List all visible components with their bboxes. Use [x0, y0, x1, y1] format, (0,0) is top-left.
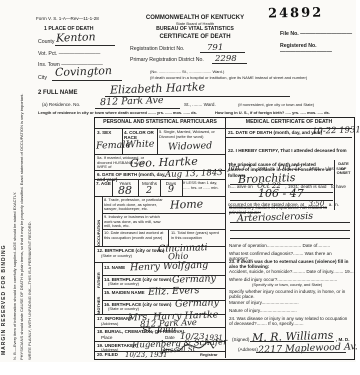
mother-maiden-name-label: 15. MAIDEN NAME	[104, 290, 145, 295]
date-of-death-label: 21. DATE OF DEATH (month, day, and year)	[228, 130, 322, 135]
father-birthplace-value: Germany	[172, 273, 216, 286]
operation-line: Name of operation.......................…	[229, 243, 330, 248]
file-no-label: File No. ——————————	[280, 32, 352, 38]
occupation-relation-line: 24. Was disease or injury in any way rel…	[229, 316, 349, 327]
manner-line: Manner of injury........................…	[229, 300, 299, 305]
nature-line: Nature of injury........................…	[229, 308, 297, 313]
city-value: Covington	[55, 64, 112, 79]
cell-divider	[112, 179, 113, 196]
specify-line: Specify whether injury occurred in indus…	[229, 289, 349, 300]
margin-instructions-2: PHYSICIANS should state CAUSE OF DEATH i…	[19, 55, 24, 360]
column-divider	[225, 117, 226, 358]
cause-code-value: 106 - 47	[258, 187, 304, 200]
full-name-label: 2 FULL NAME	[38, 90, 78, 97]
residence-suffix: St., ........ Ward.	[184, 102, 216, 107]
institution-note: (If death occurred in a hospital or inst…	[150, 76, 355, 81]
form-reference: Form V. S. 1-A—Rev—11-1-28	[36, 16, 99, 21]
vot-pct-label: Vot. Pct. ————————	[38, 52, 100, 58]
rule	[230, 200, 333, 201]
signed-label: (Signed)	[232, 337, 249, 342]
age-months-value: 2	[146, 185, 152, 196]
cell-divider	[102, 196, 103, 246]
accident-line: Accident, suicide, or homicide?.........…	[229, 269, 355, 274]
county-value: Kenton	[56, 30, 96, 44]
color-value: White	[126, 139, 155, 151]
cell-divider	[138, 179, 139, 196]
rule	[256, 352, 346, 353]
age-label: 7. AGE	[96, 181, 112, 186]
bureau-subtitle: BUREAU OF VITAL STATISTICS	[115, 27, 275, 33]
trade-label: 8. Trade, profession, or particular kind…	[104, 198, 166, 212]
medical-section-title: MEDICAL CERTIFICATE OF DEATH	[227, 120, 351, 126]
length-residence-line: Length of residence in city or town wher…	[38, 111, 197, 116]
filed-label: 20. FILED	[97, 352, 118, 357]
rule	[230, 184, 333, 185]
registration-district-label: Registration District No.	[130, 47, 184, 53]
father-name-label: 13. NAME	[104, 265, 125, 270]
total-time-label: 11. Total time (years) spent in this occ…	[171, 231, 223, 240]
rule	[230, 230, 350, 231]
nonresident-note: (If nonresident, give city or town and S…	[238, 103, 314, 108]
last-worked-label: 10. Date deceased last worked at this oc…	[104, 231, 164, 240]
spouse-value: Geo. Hartke	[130, 155, 198, 170]
city-rule	[52, 80, 122, 81]
residence-rule	[95, 108, 180, 109]
age-days-value: 9	[168, 184, 174, 195]
rule	[230, 192, 333, 193]
residence-value: 812 Park Ave	[100, 95, 164, 108]
certify-text-1: 22. I HEREBY CERTIFY, That I attended de…	[228, 148, 347, 153]
certificate-title: CERTIFICATE OF DEATH	[115, 34, 275, 41]
burial-place-value: St. John	[142, 324, 176, 335]
rule	[226, 137, 352, 138]
registration-district-rule	[200, 52, 245, 53]
external-causes-label: 23. If death was due to external causes …	[229, 259, 349, 270]
city-label: City	[38, 76, 47, 82]
cell-divider	[182, 179, 183, 196]
birthplace-sub: (State or country)	[101, 254, 132, 259]
margin-instructions-3: WRITE PLAINLY, WITH UNFADING INK—THIS IS…	[27, 120, 32, 360]
age-less-note: If LESS than 1 day, ...... hrs. or .....…	[183, 181, 223, 190]
cell-divider	[160, 179, 161, 196]
trade-value: Home	[170, 197, 204, 211]
primary-district-rule	[212, 63, 247, 64]
serial-number-stamp: 24892	[268, 6, 323, 22]
margin-binding-note: MARGIN RESERVED FOR BINDING	[1, 60, 7, 355]
rule	[230, 222, 350, 223]
registered-no-label: Registered No. ——————————	[280, 44, 356, 56]
cell-divider	[157, 128, 158, 154]
father-birthplace-sub: (State or country)	[108, 282, 139, 287]
mother-maiden-name-value: Eliz. Evers	[148, 285, 200, 298]
county-label: County	[38, 40, 54, 46]
marital-label: 5. Single, Married, Widowed, or Divorced…	[159, 130, 223, 139]
address-label: (Address)	[238, 347, 258, 352]
registrar-label: Registrar	[200, 353, 218, 358]
occupation-side-label: OCCUPATION	[96, 198, 101, 246]
residence-label: (a) Residence. No.	[42, 102, 80, 107]
mother-side-label: MOTHER	[96, 290, 101, 314]
primary-district-label: Primary Registration District No.	[130, 58, 204, 64]
county-rule	[55, 45, 115, 46]
mother-birthplace-value: Germany	[175, 297, 219, 310]
certificate-paper: 24892 MARGIN RESERVED FOR BINDING N. B.—…	[0, 0, 356, 362]
us-length-line: How long in U. S., if of foreign birth? …	[215, 111, 330, 116]
informant-address-label: (Address)	[101, 322, 118, 327]
date-of-death-value: 10-22 1931	[312, 125, 360, 137]
marital-value: Widowed	[168, 140, 213, 153]
rule	[230, 238, 350, 239]
father-side-label: FATHER	[96, 264, 101, 288]
where-injury-note: (Specify city or town, county, and State…	[252, 283, 322, 288]
margin-instructions-1: N. B.—Every item of information should b…	[12, 55, 17, 360]
sex-label: 3. SEX	[97, 130, 111, 135]
onset-header: DATE OF ONSET	[335, 162, 352, 176]
street-ward-line: (No. .................... St., .........…	[150, 70, 224, 75]
burial-place-label: Place	[101, 335, 113, 340]
mother-birthplace-sub: (State or country)	[108, 307, 139, 312]
personal-section-title: PERSONAL AND STATISTICAL PARTICULARS	[96, 120, 224, 126]
industry-label: 9. Industry or business in which work wa…	[104, 215, 166, 229]
